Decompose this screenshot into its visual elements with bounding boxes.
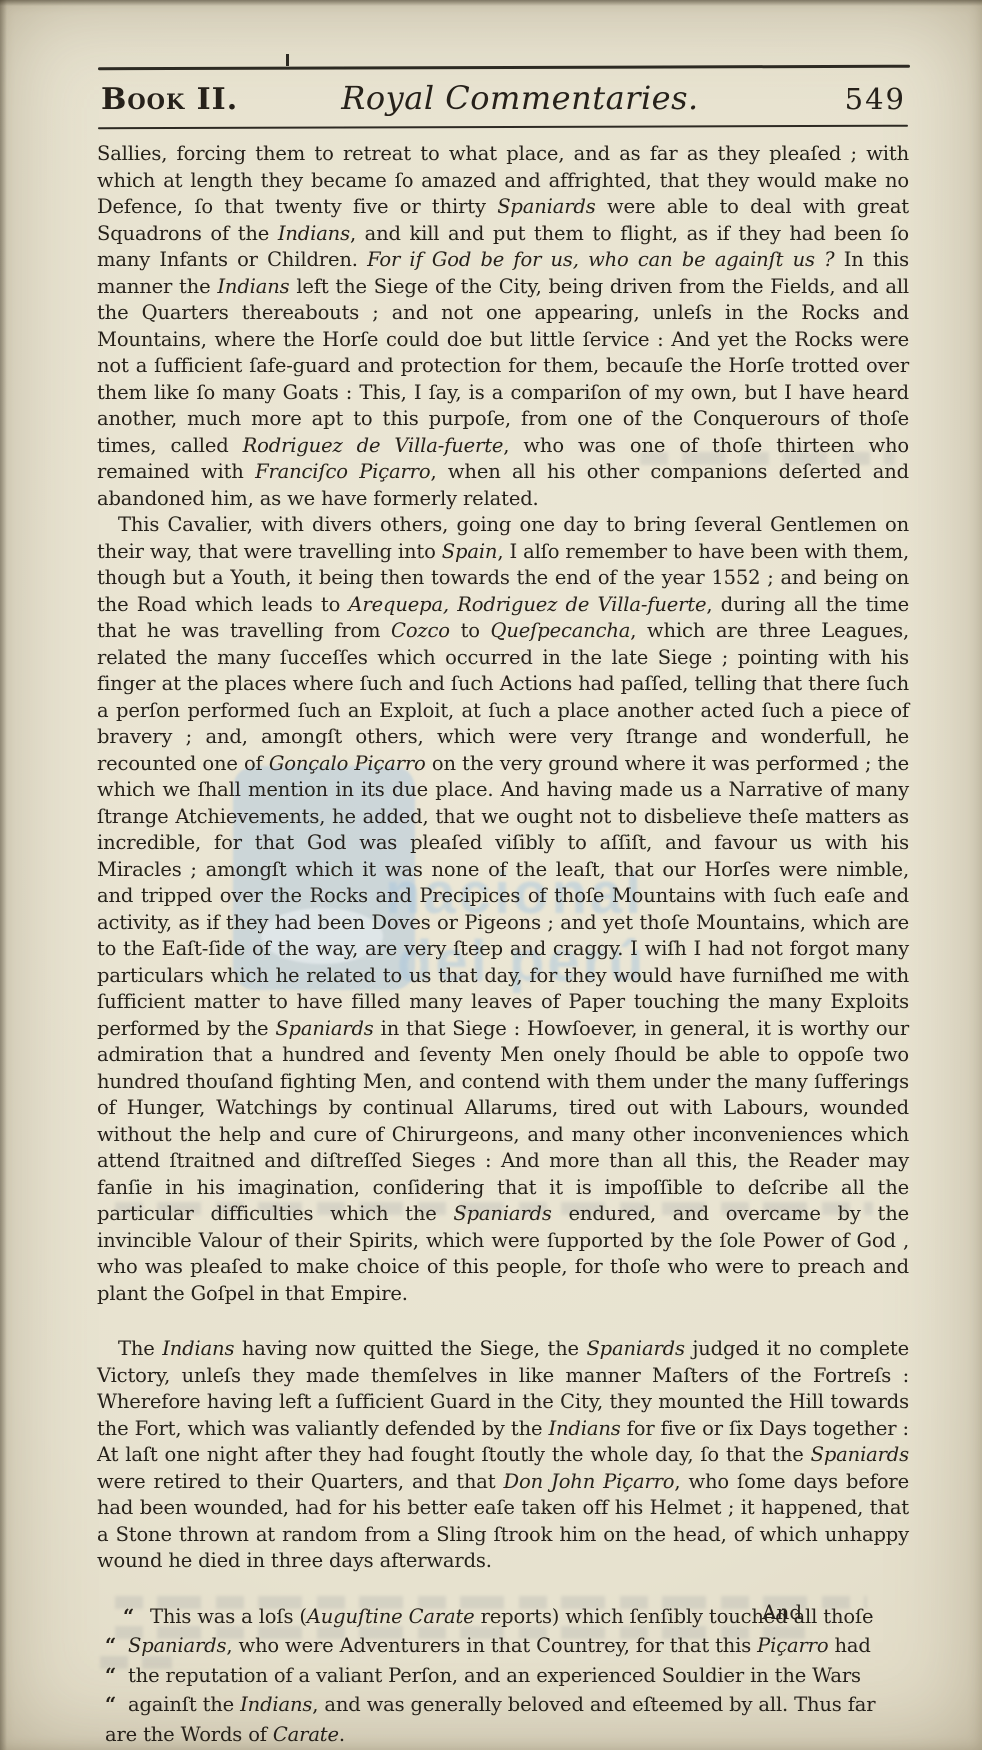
quotation-mark: “ (105, 1631, 116, 1661)
quotation-mark: “ (105, 1690, 116, 1720)
page-edge-shadow-left (0, 0, 7, 1750)
catchword: And (762, 1600, 802, 1624)
quote-line: “ the reputation of a valiant Perſon, an… (97, 1661, 909, 1691)
page-edge-shadow-top (0, 0, 982, 6)
quotation-mark: “ (105, 1661, 116, 1691)
running-title: Royal Commentaries. (260, 79, 780, 117)
quote-line: “ againſt the Indians, and was generally… (97, 1690, 909, 1720)
paragraph: This Cavalier, with divers others, going… (97, 512, 909, 1307)
page-number: 549 (845, 82, 906, 116)
scanned-book-page: nacional del perú Book II. Royal Comment… (0, 0, 982, 1750)
text-column: Sallies, forcing them to retreat to what… (97, 141, 909, 1749)
quote-line-text: Spaniards, who were Adventurers in that … (128, 1634, 871, 1657)
header-rule-bottom (98, 125, 908, 130)
quotation-mark: “ (123, 1602, 134, 1632)
book-label: Book II. (101, 82, 238, 117)
quote-line-text: the reputation of a valiant Perſon, and … (128, 1664, 861, 1687)
quote-closing-line: are the Words of Carate. (97, 1720, 909, 1750)
paragraph: Sallies, forcing them to retreat to what… (97, 141, 909, 512)
header-rule-top (98, 65, 910, 71)
ink-speck (286, 54, 289, 66)
quote-line: “ Spaniards, who were Adventurers in tha… (97, 1631, 909, 1661)
paragraph: The Indians having now quitted the Siege… (97, 1336, 909, 1575)
quote-line-text: againſt the Indians, and was generally b… (128, 1693, 875, 1716)
